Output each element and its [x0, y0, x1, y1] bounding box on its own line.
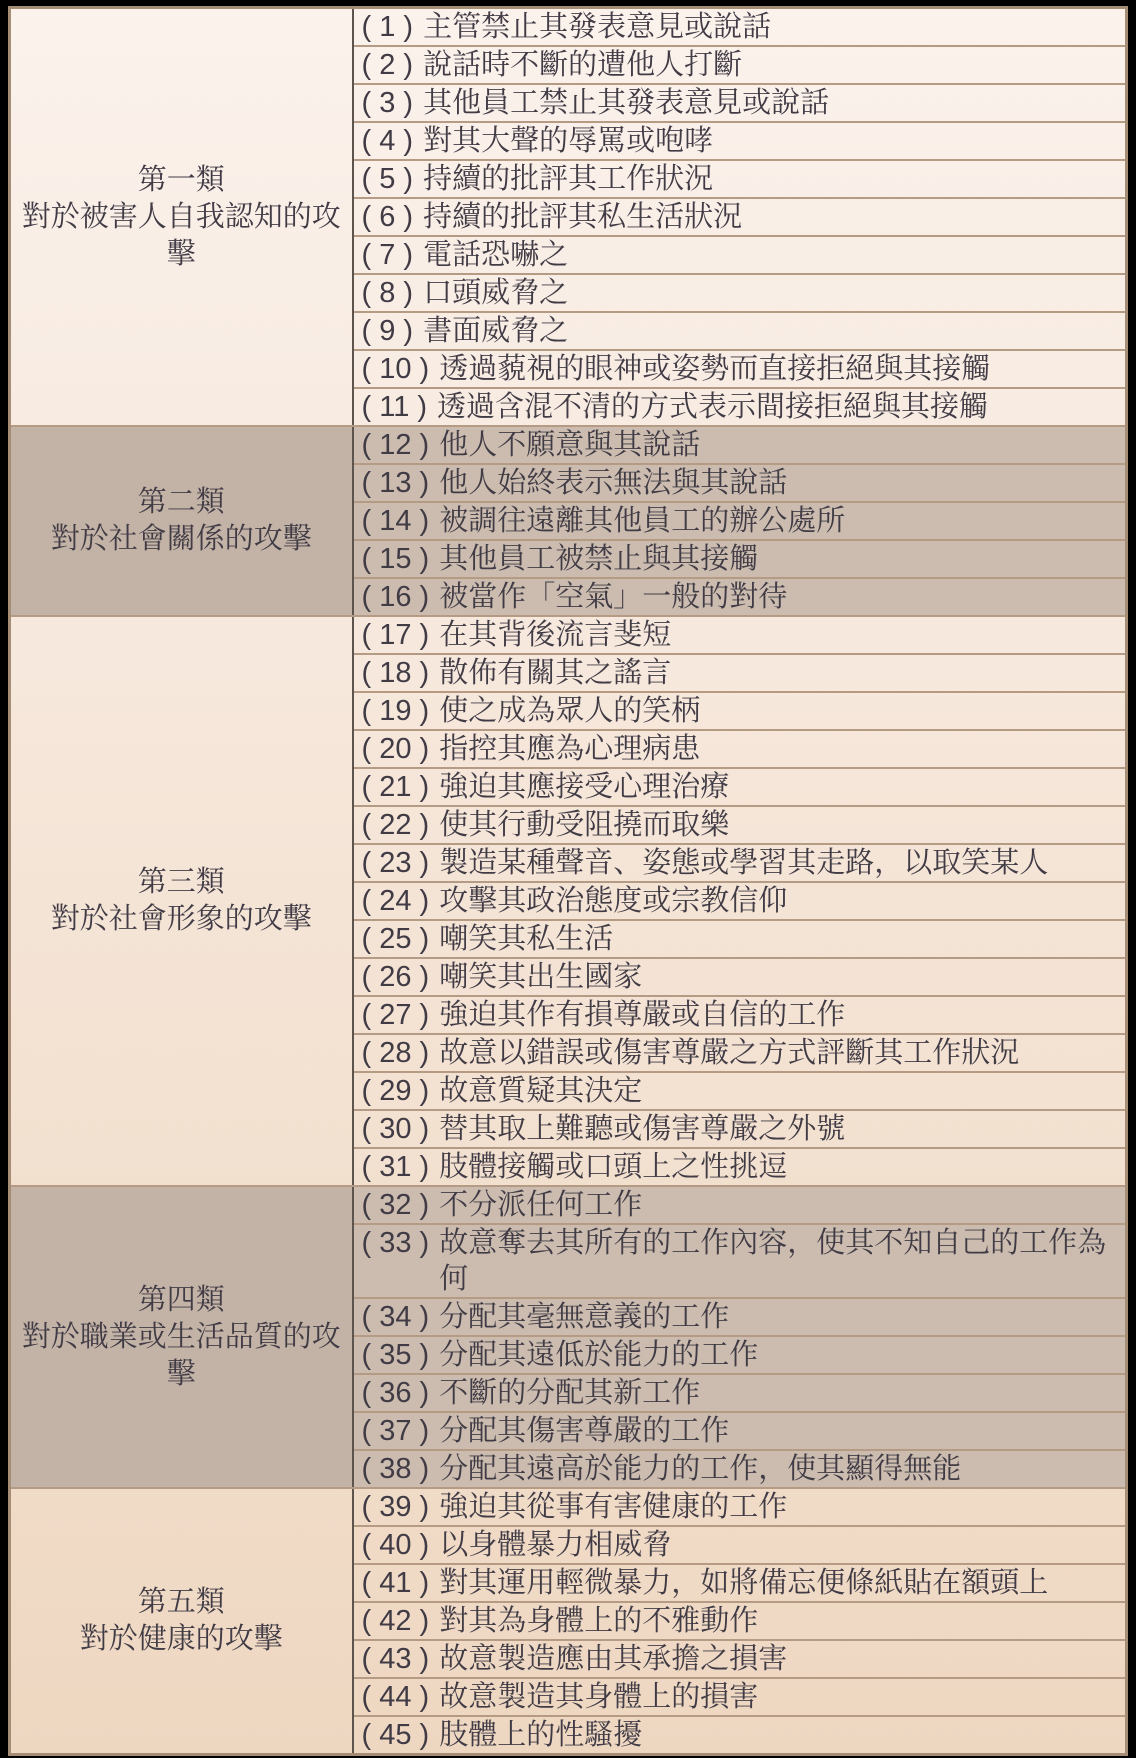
item-text: 嘲笑其私生活	[439, 921, 1119, 957]
item-cell: ( 37 )分配其傷害尊嚴的工作	[353, 1412, 1127, 1450]
item-number: ( 41 )	[362, 1565, 430, 1601]
item-text: 被調往遠離其他員工的辦公處所	[439, 503, 1119, 539]
item-text: 其他員工被禁止與其接觸	[439, 541, 1119, 577]
item-cell: ( 12 )他人不願意與其說話	[353, 426, 1127, 464]
item-cell: ( 4 )對其大聲的辱罵或咆哮	[353, 122, 1127, 160]
item-text: 其他員工禁止其發表意見或說話	[423, 85, 1119, 121]
item-number: ( 27 )	[362, 997, 430, 1033]
item-number: ( 10 )	[362, 351, 430, 387]
item-text: 以身體暴力相威脅	[439, 1527, 1119, 1563]
item-cell: ( 2 )說話時不斷的遭他人打斷	[353, 46, 1127, 84]
item-text: 分配其傷害尊嚴的工作	[439, 1413, 1119, 1449]
item-text: 攻擊其政治態度或宗教信仰	[439, 883, 1119, 919]
item-row: ( 19 )使之成為眾人的笑柄	[362, 693, 1120, 729]
item-number: ( 38 )	[362, 1451, 430, 1487]
category-cell: 第三類對於社會形象的攻擊	[10, 616, 353, 1186]
item-row: ( 5 )持續的批評其工作狀況	[362, 161, 1120, 197]
item-row: ( 2 )說話時不斷的遭他人打斷	[362, 47, 1120, 83]
item-row: ( 31 )肢體接觸或口頭上之性挑逗	[362, 1149, 1120, 1185]
item-cell: ( 42 )對其為身體上的不雅動作	[353, 1602, 1127, 1640]
category-name: 第三類	[17, 864, 346, 901]
item-number: ( 26 )	[362, 959, 430, 995]
item-row: ( 25 )嘲笑其私生活	[362, 921, 1120, 957]
item-row: ( 27 )強迫其作有損尊嚴或自信的工作	[362, 997, 1120, 1033]
item-cell: ( 3 )其他員工禁止其發表意見或說話	[353, 84, 1127, 122]
item-cell: ( 36 )不斷的分配其新工作	[353, 1374, 1127, 1412]
item-number: ( 45 )	[362, 1717, 430, 1753]
category-cell: 第一類對於被害人自我認知的攻擊	[10, 8, 353, 427]
item-number: ( 14 )	[362, 503, 430, 539]
item-number: ( 36 )	[362, 1375, 430, 1411]
item-row: ( 20 )指控其應為心理病患	[362, 731, 1120, 767]
item-cell: ( 24 )攻擊其政治態度或宗教信仰	[353, 882, 1127, 920]
item-text: 替其取上難聽或傷害尊嚴之外號	[439, 1111, 1119, 1147]
item-number: ( 5 )	[362, 161, 414, 197]
item-text: 故意質疑其決定	[439, 1073, 1119, 1109]
category-description: 對於社會關係的攻擊	[17, 521, 346, 558]
item-row: ( 22 )使其行動受阻撓而取樂	[362, 807, 1120, 843]
item-number: ( 39 )	[362, 1489, 430, 1525]
item-number: ( 20 )	[362, 731, 430, 767]
item-row: ( 23 )製造某種聲音、姿態或學習其走路，以取笑某人	[362, 845, 1120, 881]
category-name: 第二類	[17, 484, 346, 521]
item-row: ( 1 )主管禁止其發表意見或說話	[362, 9, 1120, 45]
item-row: ( 26 )嘲笑其出生國家	[362, 959, 1120, 995]
item-text: 強迫其應接受心理治療	[439, 769, 1119, 805]
item-text: 書面威脅之	[423, 313, 1119, 349]
item-text: 透過藐視的眼神或姿勢而直接拒絕與其接觸	[439, 351, 1119, 387]
category-description: 對於社會形象的攻擊	[17, 901, 346, 938]
item-text: 分配其毫無意義的工作	[439, 1299, 1119, 1335]
item-cell: ( 11 )透過含混不清的方式表示間接拒絕與其接觸	[353, 388, 1127, 426]
item-cell: ( 44 )故意製造其身體上的損害	[353, 1678, 1127, 1716]
item-row: ( 45 )肢體上的性騷擾	[362, 1717, 1120, 1753]
item-text: 故意製造應由其承擔之損害	[439, 1641, 1119, 1677]
item-number: ( 15 )	[362, 541, 430, 577]
item-number: ( 4 )	[362, 123, 414, 159]
item-cell: ( 26 )嘲笑其出生國家	[353, 958, 1127, 996]
table-row: 第二類對於社會關係的攻擊( 12 )他人不願意與其說話	[10, 426, 1127, 464]
item-cell: ( 22 )使其行動受阻撓而取樂	[353, 806, 1127, 844]
item-cell: ( 9 )書面威脅之	[353, 312, 1127, 350]
item-number: ( 22 )	[362, 807, 430, 843]
item-row: ( 28 )故意以錯誤或傷害尊嚴之方式評斷其工作狀況	[362, 1035, 1120, 1071]
item-cell: ( 7 )電話恐嚇之	[353, 236, 1127, 274]
item-cell: ( 10 )透過藐視的眼神或姿勢而直接拒絕與其接觸	[353, 350, 1127, 388]
item-number: ( 7 )	[362, 237, 414, 273]
item-number: ( 21 )	[362, 769, 430, 805]
category-cell: 第二類對於社會關係的攻擊	[10, 426, 353, 616]
item-text: 故意奪去其所有的工作內容，使其不知自己的工作為何	[439, 1225, 1119, 1297]
item-text: 製造某種聲音、姿態或學習其走路，以取笑某人	[439, 845, 1119, 881]
item-text: 散佈有關其之謠言	[439, 655, 1119, 691]
item-text: 指控其應為心理病患	[439, 731, 1119, 767]
item-cell: ( 8 )口頭威脅之	[353, 274, 1127, 312]
item-text: 肢體接觸或口頭上之性挑逗	[439, 1149, 1119, 1185]
item-number: ( 30 )	[362, 1111, 430, 1147]
item-cell: ( 39 )強迫其從事有害健康的工作	[353, 1488, 1127, 1526]
item-text: 強迫其作有損尊嚴或自信的工作	[439, 997, 1119, 1033]
item-text: 不斷的分配其新工作	[439, 1375, 1119, 1411]
item-cell: ( 30 )替其取上難聽或傷害尊嚴之外號	[353, 1110, 1127, 1148]
category-description: 對於職業或生活品質的攻擊	[17, 1319, 346, 1393]
item-cell: ( 33 )故意奪去其所有的工作內容，使其不知自己的工作為何	[353, 1224, 1127, 1298]
item-row: ( 37 )分配其傷害尊嚴的工作	[362, 1413, 1120, 1449]
item-number: ( 42 )	[362, 1603, 430, 1639]
item-row: ( 12 )他人不願意與其說話	[362, 427, 1120, 463]
item-cell: ( 35 )分配其遠低於能力的工作	[353, 1336, 1127, 1374]
item-number: ( 12 )	[362, 427, 430, 463]
item-row: ( 44 )故意製造其身體上的損害	[362, 1679, 1120, 1715]
item-number: ( 1 )	[362, 9, 414, 45]
item-text: 不分派任何工作	[439, 1187, 1119, 1223]
item-cell: ( 38 )分配其遠高於能力的工作，使其顯得無能	[353, 1450, 1127, 1488]
item-number: ( 35 )	[362, 1337, 430, 1373]
item-cell: ( 43 )故意製造應由其承擔之損害	[353, 1640, 1127, 1678]
item-number: ( 24 )	[362, 883, 430, 919]
item-text: 嘲笑其出生國家	[439, 959, 1119, 995]
item-cell: ( 27 )強迫其作有損尊嚴或自信的工作	[353, 996, 1127, 1034]
item-text: 分配其遠高於能力的工作，使其顯得無能	[439, 1451, 1119, 1487]
item-row: ( 36 )不斷的分配其新工作	[362, 1375, 1120, 1411]
item-row: ( 4 )對其大聲的辱罵或咆哮	[362, 123, 1120, 159]
item-cell: ( 6 )持續的批評其私生活狀況	[353, 198, 1127, 236]
item-number: ( 19 )	[362, 693, 430, 729]
item-cell: ( 18 )散佈有關其之謠言	[353, 654, 1127, 692]
item-number: ( 25 )	[362, 921, 430, 957]
item-text: 被當作「空氣」一般的對待	[439, 579, 1119, 615]
item-number: ( 32 )	[362, 1187, 430, 1223]
item-row: ( 42 )對其為身體上的不雅動作	[362, 1603, 1120, 1639]
item-cell: ( 31 )肢體接觸或口頭上之性挑逗	[353, 1148, 1127, 1186]
item-text: 在其背後流言斐短	[439, 617, 1119, 653]
item-row: ( 16 )被當作「空氣」一般的對待	[362, 579, 1120, 615]
item-cell: ( 1 )主管禁止其發表意見或說話	[353, 8, 1127, 47]
item-cell: ( 21 )強迫其應接受心理治療	[353, 768, 1127, 806]
item-number: ( 34 )	[362, 1299, 430, 1335]
item-row: ( 9 )書面威脅之	[362, 313, 1120, 349]
item-number: ( 40 )	[362, 1527, 430, 1563]
item-cell: ( 15 )其他員工被禁止與其接觸	[353, 540, 1127, 578]
item-text: 他人始終表示無法與其說話	[439, 465, 1119, 501]
item-text: 對其運用輕微暴力，如將備忘便條紙貼在額頭上	[439, 1565, 1119, 1601]
item-number: ( 11 )	[362, 389, 428, 425]
item-number: ( 18 )	[362, 655, 430, 691]
item-row: ( 21 )強迫其應接受心理治療	[362, 769, 1120, 805]
item-row: ( 10 )透過藐視的眼神或姿勢而直接拒絕與其接觸	[362, 351, 1120, 387]
category-cell: 第四類對於職業或生活品質的攻擊	[10, 1186, 353, 1488]
item-row: ( 8 )口頭威脅之	[362, 275, 1120, 311]
category-name: 第一類	[17, 162, 346, 199]
category-name: 第四類	[17, 1282, 346, 1319]
item-row: ( 34 )分配其毫無意義的工作	[362, 1299, 1120, 1335]
item-text: 對其大聲的辱罵或咆哮	[423, 123, 1119, 159]
item-cell: ( 34 )分配其毫無意義的工作	[353, 1298, 1127, 1336]
item-number: ( 8 )	[362, 275, 414, 311]
item-row: ( 32 )不分派任何工作	[362, 1187, 1120, 1223]
item-row: ( 33 )故意奪去其所有的工作內容，使其不知自己的工作為何	[362, 1225, 1120, 1297]
item-cell: ( 28 )故意以錯誤或傷害尊嚴之方式評斷其工作狀況	[353, 1034, 1127, 1072]
item-number: ( 28 )	[362, 1035, 430, 1071]
item-row: ( 39 )強迫其從事有害健康的工作	[362, 1489, 1120, 1525]
item-text: 透過含混不清的方式表示間接拒絕與其接觸	[437, 389, 1119, 425]
item-cell: ( 5 )持續的批評其工作狀況	[353, 160, 1127, 198]
item-cell: ( 23 )製造某種聲音、姿態或學習其走路，以取笑某人	[353, 844, 1127, 882]
item-text: 強迫其從事有害健康的工作	[439, 1489, 1119, 1525]
item-text: 故意以錯誤或傷害尊嚴之方式評斷其工作狀況	[439, 1035, 1119, 1071]
item-text: 他人不願意與其說話	[439, 427, 1119, 463]
item-text: 說話時不斷的遭他人打斷	[423, 47, 1119, 83]
item-number: ( 29 )	[362, 1073, 430, 1109]
item-row: ( 13 )他人始終表示無法與其說話	[362, 465, 1120, 501]
item-cell: ( 45 )肢體上的性騷擾	[353, 1716, 1127, 1755]
item-row: ( 11 )透過含混不清的方式表示間接拒絕與其接觸	[362, 389, 1120, 425]
item-row: ( 40 )以身體暴力相威脅	[362, 1527, 1120, 1563]
item-cell: ( 41 )對其運用輕微暴力，如將備忘便條紙貼在額頭上	[353, 1564, 1127, 1602]
item-cell: ( 14 )被調往遠離其他員工的辦公處所	[353, 502, 1127, 540]
item-text: 使之成為眾人的笑柄	[439, 693, 1119, 729]
item-row: ( 43 )故意製造應由其承擔之損害	[362, 1641, 1120, 1677]
mobbing-category-table: 第一類對於被害人自我認知的攻擊( 1 )主管禁止其發表意見或說話( 2 )說話時…	[8, 6, 1128, 1756]
item-text: 持續的批評其工作狀況	[423, 161, 1119, 197]
table-row: 第五類對於健康的攻擊( 39 )強迫其從事有害健康的工作	[10, 1488, 1127, 1526]
item-row: ( 17 )在其背後流言斐短	[362, 617, 1120, 653]
item-text: 口頭威脅之	[423, 275, 1119, 311]
item-cell: ( 29 )故意質疑其決定	[353, 1072, 1127, 1110]
item-number: ( 9 )	[362, 313, 414, 349]
item-text: 電話恐嚇之	[423, 237, 1119, 273]
category-description: 對於健康的攻擊	[17, 1621, 346, 1658]
item-text: 肢體上的性騷擾	[439, 1717, 1119, 1753]
item-cell: ( 17 )在其背後流言斐短	[353, 616, 1127, 654]
item-row: ( 18 )散佈有關其之謠言	[362, 655, 1120, 691]
item-cell: ( 40 )以身體暴力相威脅	[353, 1526, 1127, 1564]
item-row: ( 24 )攻擊其政治態度或宗教信仰	[362, 883, 1120, 919]
item-number: ( 31 )	[362, 1149, 430, 1185]
item-row: ( 7 )電話恐嚇之	[362, 237, 1120, 273]
item-row: ( 15 )其他員工被禁止與其接觸	[362, 541, 1120, 577]
category-description: 對於被害人自我認知的攻擊	[17, 199, 346, 273]
item-row: ( 3 )其他員工禁止其發表意見或說話	[362, 85, 1120, 121]
item-number: ( 44 )	[362, 1679, 430, 1715]
item-cell: ( 20 )指控其應為心理病患	[353, 730, 1127, 768]
item-row: ( 30 )替其取上難聽或傷害尊嚴之外號	[362, 1111, 1120, 1147]
category-name: 第五類	[17, 1584, 346, 1621]
item-text: 分配其遠低於能力的工作	[439, 1337, 1119, 1373]
item-cell: ( 13 )他人始終表示無法與其說話	[353, 464, 1127, 502]
item-row: ( 29 )故意質疑其決定	[362, 1073, 1120, 1109]
item-text: 對其為身體上的不雅動作	[439, 1603, 1119, 1639]
item-cell: ( 16 )被當作「空氣」一般的對待	[353, 578, 1127, 616]
item-number: ( 43 )	[362, 1641, 430, 1677]
item-text: 故意製造其身體上的損害	[439, 1679, 1119, 1715]
item-text: 主管禁止其發表意見或說話	[423, 9, 1119, 45]
item-number: ( 16 )	[362, 579, 430, 615]
item-number: ( 6 )	[362, 199, 414, 235]
item-row: ( 41 )對其運用輕微暴力，如將備忘便條紙貼在額頭上	[362, 1565, 1120, 1601]
table-body: 第一類對於被害人自我認知的攻擊( 1 )主管禁止其發表意見或說話( 2 )說話時…	[10, 8, 1127, 1755]
item-text: 持續的批評其私生活狀況	[423, 199, 1119, 235]
item-number: ( 23 )	[362, 845, 430, 881]
item-number: ( 13 )	[362, 465, 430, 501]
item-number: ( 37 )	[362, 1413, 430, 1449]
category-cell: 第五類對於健康的攻擊	[10, 1488, 353, 1755]
item-number: ( 3 )	[362, 85, 414, 121]
item-row: ( 35 )分配其遠低於能力的工作	[362, 1337, 1120, 1373]
item-cell: ( 19 )使之成為眾人的笑柄	[353, 692, 1127, 730]
item-cell: ( 32 )不分派任何工作	[353, 1186, 1127, 1224]
item-number: ( 2 )	[362, 47, 414, 83]
item-row: ( 6 )持續的批評其私生活狀況	[362, 199, 1120, 235]
item-row: ( 38 )分配其遠高於能力的工作，使其顯得無能	[362, 1451, 1120, 1487]
item-number: ( 17 )	[362, 617, 430, 653]
item-cell: ( 25 )嘲笑其私生活	[353, 920, 1127, 958]
table-row: 第一類對於被害人自我認知的攻擊( 1 )主管禁止其發表意見或說話	[10, 8, 1127, 47]
item-number: ( 33 )	[362, 1225, 430, 1261]
item-row: ( 14 )被調往遠離其他員工的辦公處所	[362, 503, 1120, 539]
item-text: 使其行動受阻撓而取樂	[439, 807, 1119, 843]
table-row: 第四類對於職業或生活品質的攻擊( 32 )不分派任何工作	[10, 1186, 1127, 1224]
table-row: 第三類對於社會形象的攻擊( 17 )在其背後流言斐短	[10, 616, 1127, 654]
